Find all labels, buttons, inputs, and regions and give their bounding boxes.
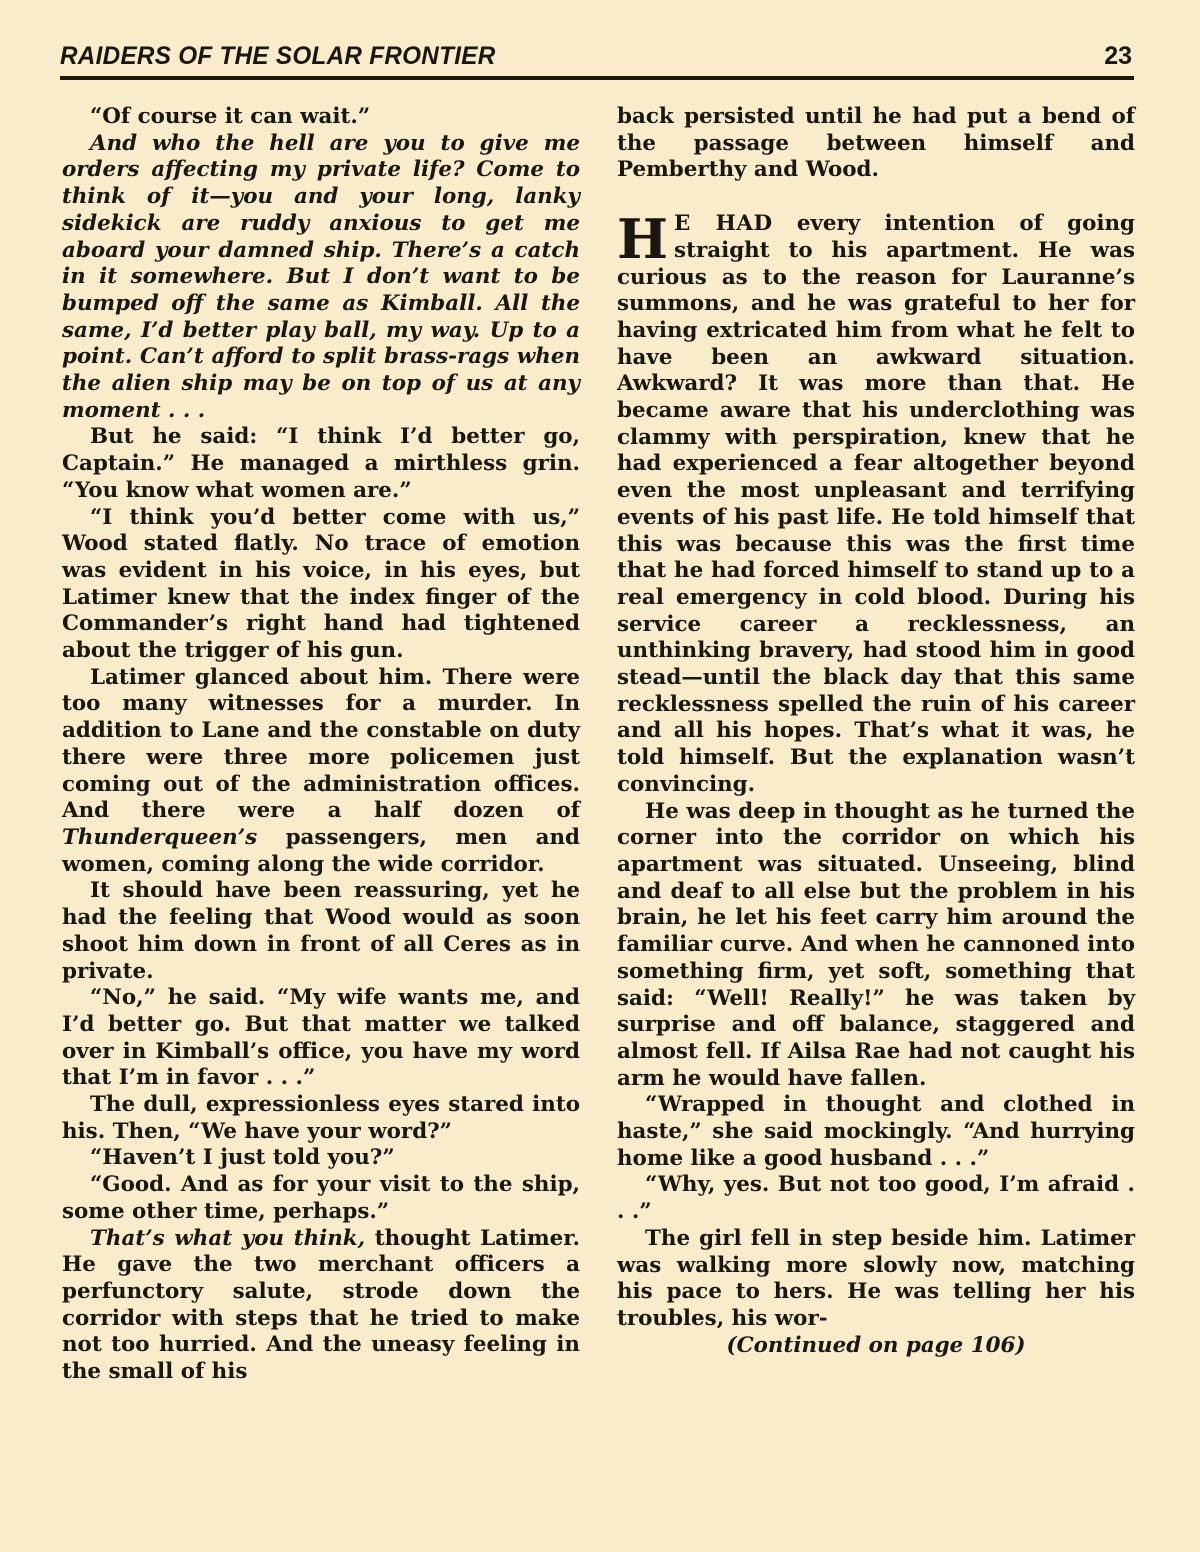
paragraph: He was deep in thought as he turned the … [617, 799, 1135, 1093]
inner-monologue-paragraph: And who the hell are you to give me orde… [62, 131, 580, 425]
running-header: RAIDERS OF THE SOLAR FRONTIER 23 [60, 40, 1134, 80]
paragraph: The dull, expressionless eyes stared int… [62, 1092, 580, 1145]
paragraph: “Good. And as for your visit to the ship… [62, 1172, 580, 1225]
ship-name: Thunderqueen’s [62, 825, 257, 850]
page-number: 23 [1104, 42, 1132, 71]
paragraph: “Wrapped in thought and clothed in haste… [617, 1092, 1135, 1172]
paragraph: The girl fell in step beside him. Latime… [617, 1226, 1135, 1333]
paragraph-text: Latimer glanced about him. There were to… [62, 665, 580, 824]
left-column: “Of course it can wait.” And who the hel… [62, 104, 580, 1386]
paragraph: “Of course it can wait.” [62, 104, 580, 131]
paragraph: “No,” he said. “My wife wants me, and I’… [62, 985, 580, 1092]
continuation-paragraph: back persisted until he had put a bend o… [617, 104, 1135, 184]
drop-cap: H [617, 217, 668, 261]
paragraph: “I think you’d better come with us,” Woo… [62, 505, 580, 665]
continued-on-page-note[interactable]: (Continued on page 106) [617, 1333, 1135, 1360]
paragraph: It should have been reassuring, yet he h… [62, 878, 580, 985]
lead-in: E HAD [674, 211, 772, 236]
paragraph: Latimer glanced about him. There were to… [62, 665, 580, 879]
paragraph: “Why, yes. But not too good, I’m afraid … [617, 1172, 1135, 1225]
paragraph: That’s what you think, thought Latimer. … [62, 1226, 580, 1386]
section-break [617, 184, 1135, 211]
story-title: RAIDERS OF THE SOLAR FRONTIER [60, 42, 496, 71]
paragraph: But he said: “I think I’d better go, Cap… [62, 424, 580, 504]
italic-thought: That’s what you think, [90, 1226, 365, 1251]
right-column: back persisted until he had put a bend o… [617, 104, 1135, 1381]
paragraph: “Haven’t I just told you?” [62, 1145, 580, 1172]
section-opening-paragraph: HE HAD every intention of going straight… [617, 211, 1135, 798]
paragraph-text: every intention of going straight to his… [617, 211, 1135, 797]
